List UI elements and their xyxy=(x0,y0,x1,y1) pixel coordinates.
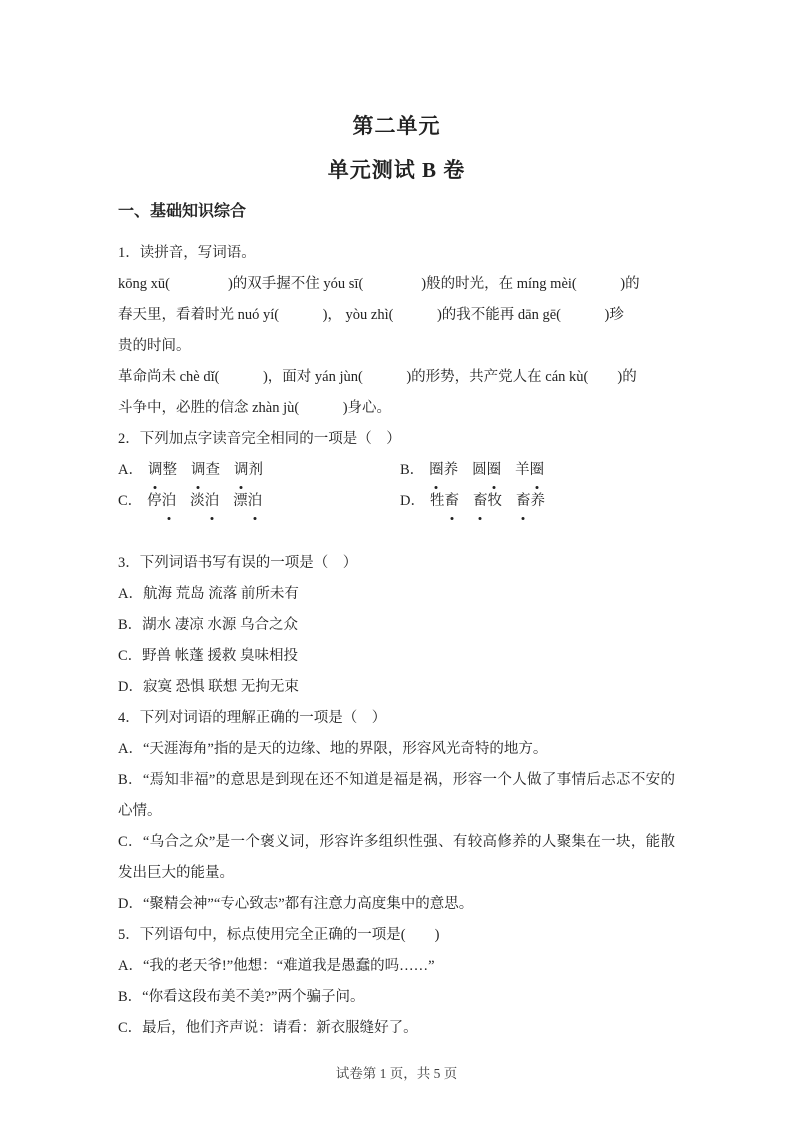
q5-option-a: A．“我的老天爷!”他想：“难道我是愚蠢的吗……” xyxy=(118,951,675,982)
question-1-line-5: 斗争中，必胜的信念 zhàn jù( )身心。 xyxy=(118,393,675,424)
question-2: 2．下列加点字读音完全相同的一项是（ ） A．调整调查调剂 B．圈养圆圈羊圈 C… xyxy=(118,424,675,517)
question-content: 1．读拼音，写词语。 kōng xū( )的双手握不住 yóu sī( )般的时… xyxy=(118,238,675,1044)
q3-option-b: B．湖水 凄凉 水源 乌合之众 xyxy=(118,610,675,641)
q4-option-d: D．“聚精会神”“专心致志”都有注意力高度集中的意思。 xyxy=(118,889,675,920)
option-label: A． xyxy=(118,462,143,478)
option-label: C． xyxy=(118,493,142,509)
q3-option-a: A．航海 荒岛 流落 前所未有 xyxy=(118,579,675,610)
question-4-heading: 4．下列对词语的理解正确的一项是（ ） xyxy=(118,703,675,734)
paper-title: 单元测试 B 卷 xyxy=(118,156,675,184)
question-4: 4．下列对词语的理解正确的一项是（ ） A．“天涯海角”指的是天的边缘、地的界限… xyxy=(118,703,675,920)
question-2-heading: 2．下列加点字读音完全相同的一项是（ ） xyxy=(118,424,675,455)
q4-option-b: B．“焉知非福”的意思是到现在还不知道是福是祸，形容一个人做了事情后忐忑不安的心… xyxy=(118,765,675,827)
question-1-line-3: 贵的时间。 xyxy=(118,331,675,362)
q2-option-a: A．调整调查调剂 xyxy=(118,455,400,486)
q5-option-c: C．最后，他们齐声说：请看：新衣服缝好了。 xyxy=(118,1013,675,1044)
question-5: 5．下列语句中，标点使用完全正确的一项是( ) A．“我的老天爷!”他想：“难道… xyxy=(118,920,675,1044)
page-footer: 试卷第 1 页，共 5 页 xyxy=(0,1064,793,1084)
q3-option-c: C．野兽 帐蓬 援救 臭味相投 xyxy=(118,641,675,672)
question-3-heading: 3．下列词语书写有误的一项是（ ） xyxy=(118,548,675,579)
q4-option-c: C．“乌合之众”是一个褒义词，形容许多组织性强、有较高修养的人聚集在一块，能散发… xyxy=(118,827,675,889)
unit-title: 第二单元 xyxy=(118,112,675,140)
test-paper-page: 第二单元 单元测试 B 卷 一、基础知识综合 1．读拼音，写词语。 kōng x… xyxy=(0,0,793,1122)
q5-option-b: B．“你看这段布美不美?”两个骗子问。 xyxy=(118,982,675,1013)
q2-option-d: D．牲畜畜牧畜养 xyxy=(400,486,675,517)
question-1-line-1: kōng xū( )的双手握不住 yóu sī( )般的时光，在 míng mè… xyxy=(118,269,675,300)
question-1-line-2: 春天里，看着时光 nuó yí( )， yòu zhì( )的我不能再 dān … xyxy=(118,300,675,331)
question-1-heading: 1．读拼音，写词语。 xyxy=(118,238,675,269)
question-2-options: A．调整调查调剂 B．圈养圆圈羊圈 C．停泊淡泊漂泊 D．牲畜畜牧畜养 xyxy=(118,455,675,517)
question-1-line-4: 革命尚未 chè dǐ( )，面对 yán jùn( )的形势，共产党人在 cá… xyxy=(118,362,675,393)
q2-option-b: B．圈养圆圈羊圈 xyxy=(400,455,675,486)
option-label: B． xyxy=(400,462,424,478)
question-3: 3．下列词语书写有误的一项是（ ） A．航海 荒岛 流落 前所未有 B．湖水 凄… xyxy=(118,548,675,703)
section-heading: 一、基础知识综合 xyxy=(118,198,675,226)
q3-option-d: D．寂寞 恐惧 联想 无拘无束 xyxy=(118,672,675,703)
q4-option-a: A．“天涯海角”指的是天的边缘、地的界限，形容风光奇特的地方。 xyxy=(118,734,675,765)
question-1: 1．读拼音，写词语。 kōng xū( )的双手握不住 yóu sī( )般的时… xyxy=(118,238,675,424)
question-5-heading: 5．下列语句中，标点使用完全正确的一项是( ) xyxy=(118,920,675,951)
option-label: D． xyxy=(400,493,425,509)
q2-option-c: C．停泊淡泊漂泊 xyxy=(118,486,400,517)
